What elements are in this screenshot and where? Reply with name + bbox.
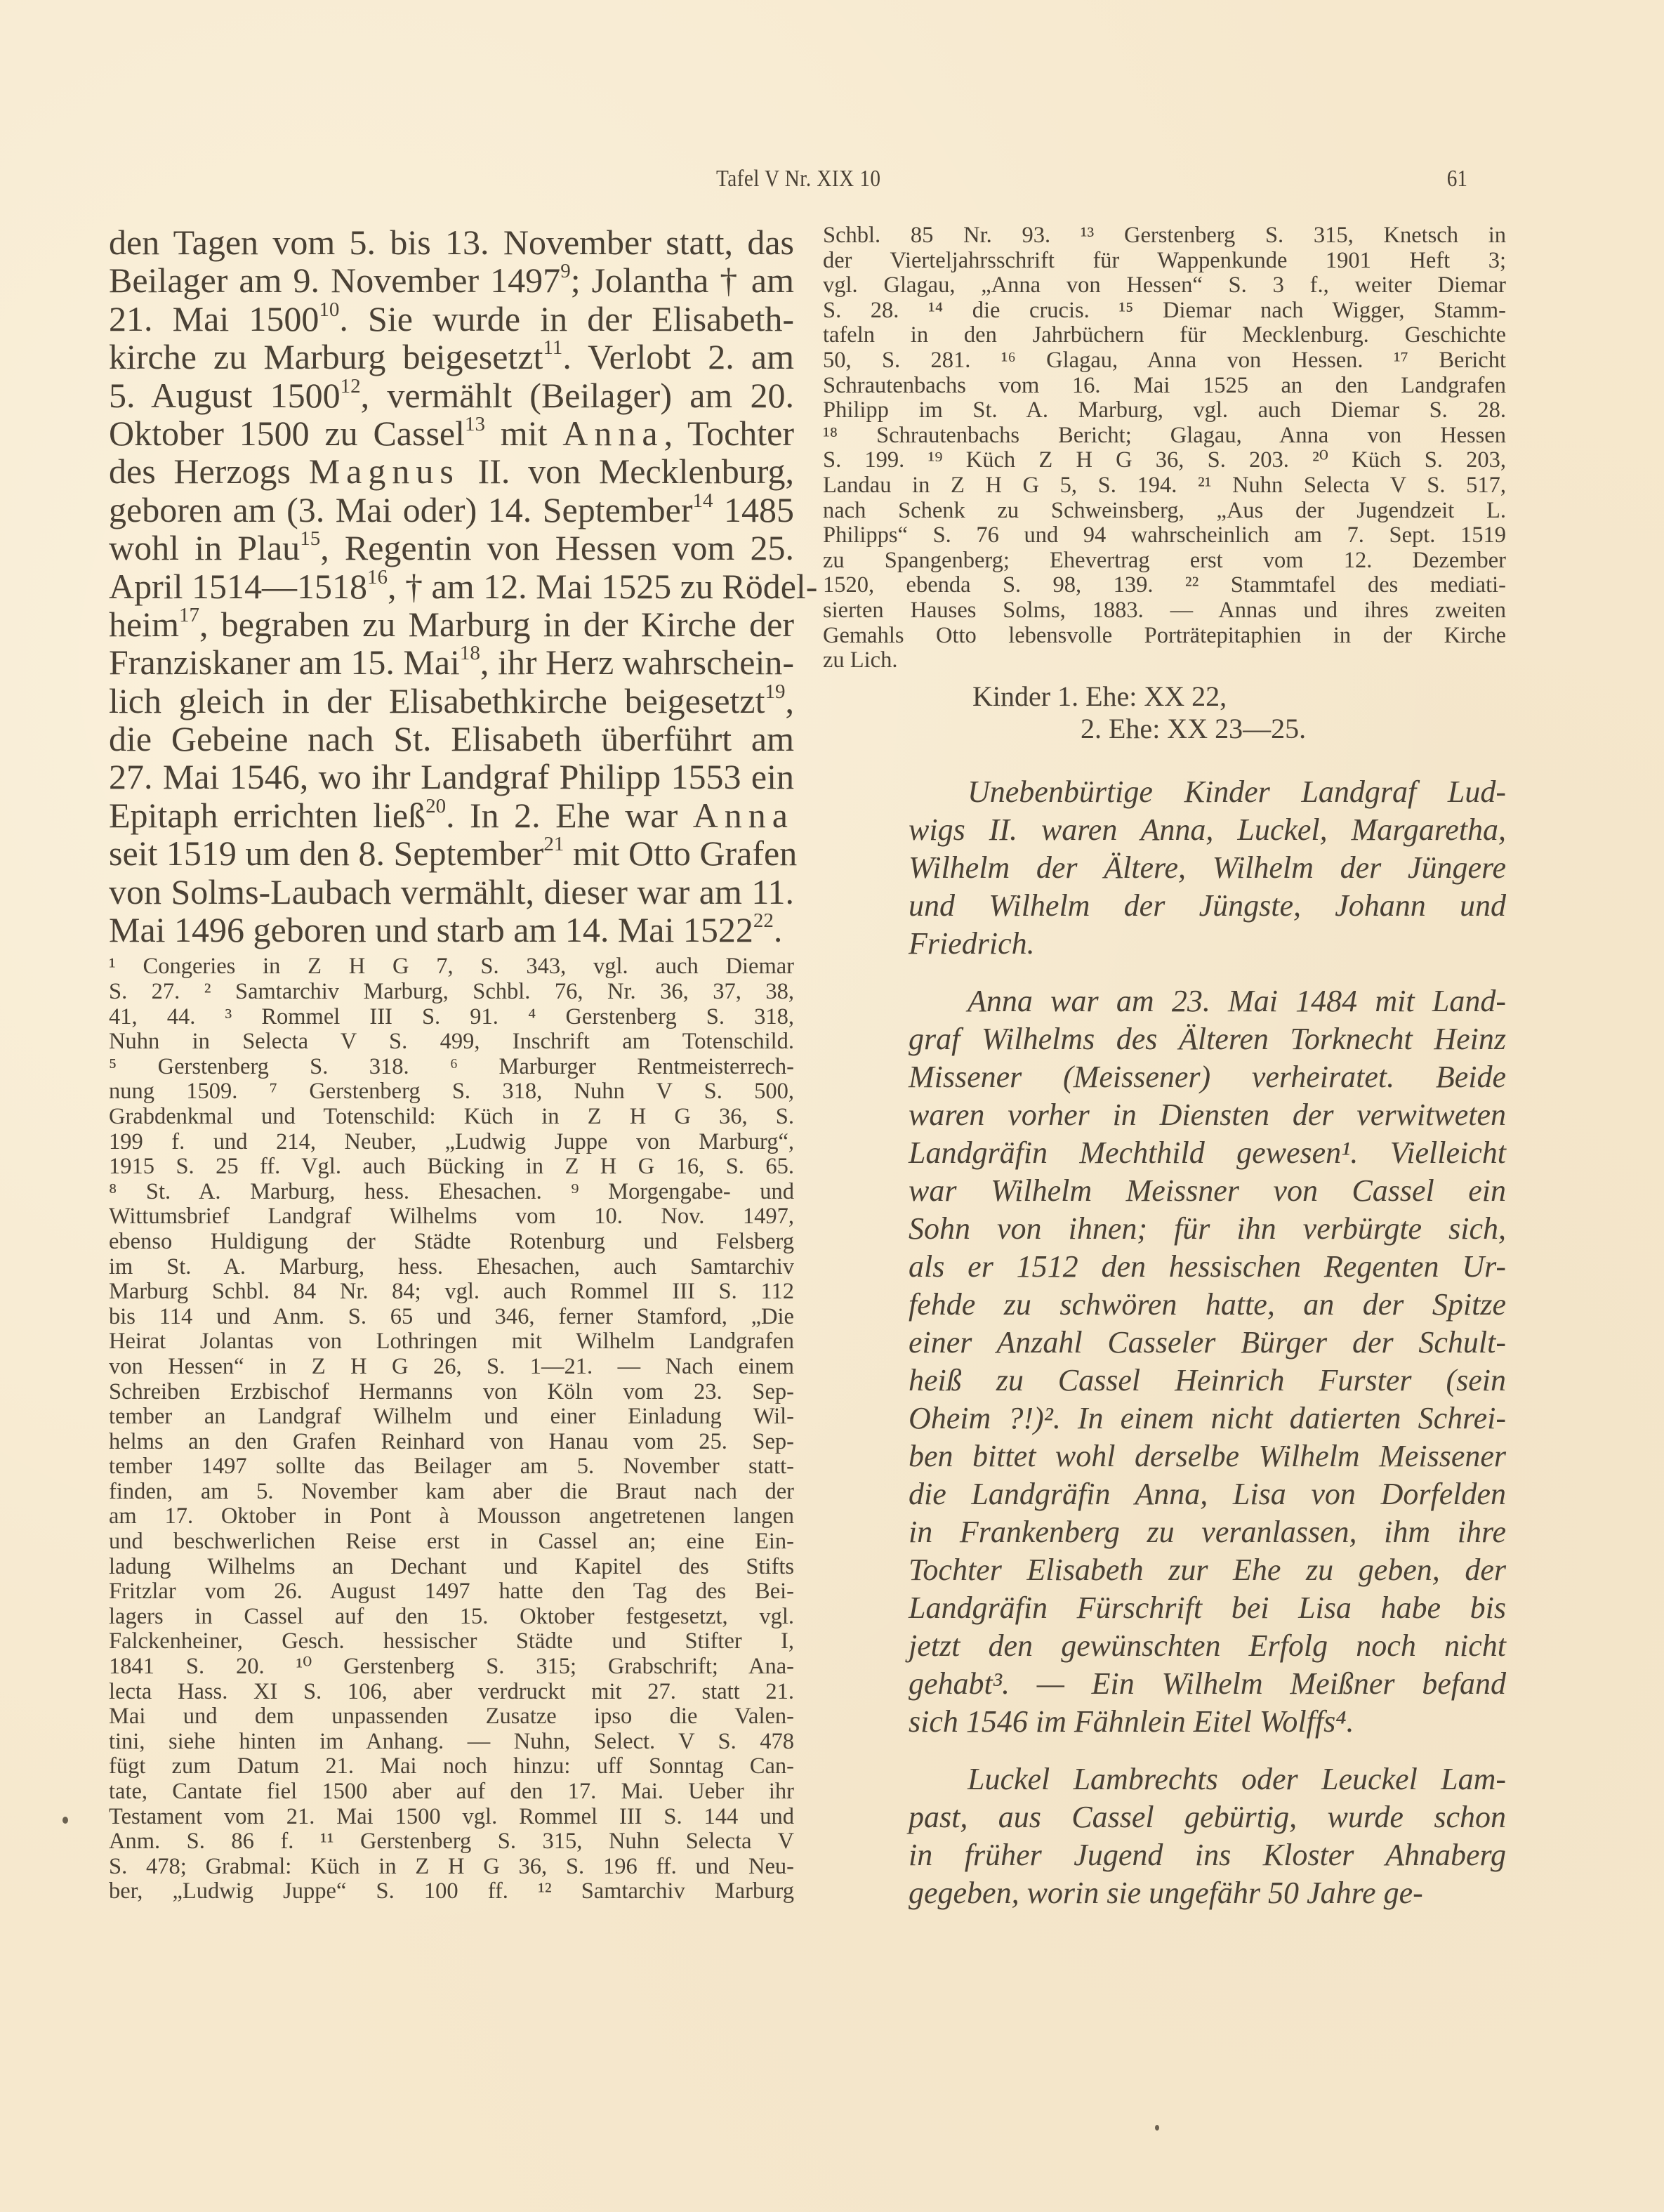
footnote-ref[interactable]: 19 xyxy=(765,680,786,703)
footnote-line: 1841 S. 20. ¹⁰ Gerstenberg S. 315; Grabs… xyxy=(109,1654,794,1680)
footnotes-right: Schbl. 85 Nr. 93. ¹³ Gerstenberg S. 315,… xyxy=(823,223,1506,673)
book-page: Tafel V Nr. XIX 10 61 den Tagen vom 5. b… xyxy=(0,0,1664,2212)
footnote-ref[interactable]: 20 xyxy=(425,795,446,817)
footnote-line: S. 27. ² Samtarchiv Marburg, Schbl. 76, … xyxy=(109,980,794,1005)
footnote-line: Marburg Schbl. 84 Nr. 84; vgl. auch Romm… xyxy=(109,1279,794,1305)
body-line: Franziskaner am 15. Mai18, ihr Herz wahr… xyxy=(109,643,794,681)
italic-paragraph: Anna war am 23. Mai 1484 mit Land-graf W… xyxy=(823,982,1506,1741)
italic-line: einer Anzahl Casseler Bürger der Schult- xyxy=(909,1324,1506,1362)
footnote-line: tini, siehe hinten im Anhang. — Nuhn, Se… xyxy=(109,1730,794,1755)
footnote-line: tafeln in den Jahrbüchern für Mecklenbur… xyxy=(823,323,1506,348)
footnote-line: Grabdenkmal und Totenschild: Küch in Z H… xyxy=(109,1105,794,1130)
children-second-marriage: 2. Ehe: XX 23—25. xyxy=(1081,713,1506,745)
ink-speck xyxy=(62,1817,68,1824)
footnote-line: ladung Wilhelms an Dechant und Kapitel d… xyxy=(109,1555,794,1580)
footnote-ref[interactable]: 9 xyxy=(560,261,571,283)
footnote-line: Schreiben Erzbischof Hermanns von Köln v… xyxy=(109,1380,794,1405)
italic-line: Anna war am 23. Mai 1484 mit Land- xyxy=(968,982,1506,1020)
footnote-line: 1520, ebenda S. 98, 139. ²² Stammtafel d… xyxy=(823,573,1506,598)
body-line: kirche zu Marburg beigesetzt11. Verlobt … xyxy=(109,338,794,376)
footnote-line: tember an Landgraf Wilhelm und einer Ein… xyxy=(109,1404,794,1430)
italic-line: als er 1512 den hessischen Regenten Ur- xyxy=(909,1248,1506,1286)
body-line: 27. Mai 1546, wo ihr Landgraf Philipp 15… xyxy=(109,758,794,796)
italic-line: Oheim ?!)². In einem nicht datierten Sch… xyxy=(909,1400,1506,1437)
italic-paragraph: Unebenbürtige Kinder Landgraf Lud-wigs I… xyxy=(823,773,1506,963)
emphasized-name: Anna xyxy=(693,796,794,835)
footnote-line: ebenso Huldigung der Städte Rotenburg un… xyxy=(109,1230,794,1255)
children-list: Kinder 1. Ehe: XX 22, 2. Ehe: XX 23—25. xyxy=(823,680,1506,745)
footnote-line: Schbl. 85 Nr. 93. ¹³ Gerstenberg S. 315,… xyxy=(823,223,1506,249)
footnote-line: S. 28. ¹⁴ die crucis. ¹⁵ Diemar nach Wig… xyxy=(823,298,1506,324)
italic-line: sich 1546 im Fähnlein Eitel Wolffs⁴. xyxy=(909,1703,1506,1741)
footnote-line: Falckenheiner, Gesch. hessischer Städte … xyxy=(109,1629,794,1654)
right-column: Schbl. 85 Nr. 93. ¹³ Gerstenberg S. 315,… xyxy=(823,223,1506,1912)
body-line: heim17, begraben zu Marburg in der Kirch… xyxy=(109,605,794,643)
italic-line: Unebenbürtige Kinder Landgraf Lud- xyxy=(968,773,1506,811)
emphasized-name: Anna xyxy=(562,414,663,453)
footnote-line: der Vierteljahrsschrift für Wappenkunde … xyxy=(823,249,1506,274)
footnote-line: Fritzlar vom 26. August 1497 hatte den T… xyxy=(109,1579,794,1605)
footnote-line: finden, am 5. November kam aber die Brau… xyxy=(109,1480,794,1505)
footnote-line: im St. A. Marburg, hess. Ehesachen, auch… xyxy=(109,1255,794,1280)
body-line: lich gleich in der Elisabethkirche beige… xyxy=(109,682,794,720)
footnote-ref[interactable]: 21 xyxy=(543,833,564,855)
italic-line: Tochter Elisabeth zur Ehe zu geben, der xyxy=(909,1551,1506,1589)
italic-line: Friedrich. xyxy=(909,925,1506,963)
body-line: die Gebeine nach St. Elisabeth überführt… xyxy=(109,720,794,758)
italic-line: Landgräfin Mechthild gewesen¹. Vielleich… xyxy=(909,1134,1506,1172)
footnote-line: Philipp im St. A. Marburg, vgl. auch Die… xyxy=(823,398,1506,423)
footnote-line: lagers in Cassel auf den 15. Oktober fes… xyxy=(109,1605,794,1630)
footnote-line: tate, Cantate fiel 1500 aber auf den 17.… xyxy=(109,1779,794,1805)
footnote-line: Nuhn in Selecta V S. 499, Inschrift am T… xyxy=(109,1029,794,1055)
footnote-ref[interactable]: 13 xyxy=(465,413,485,435)
italic-line: waren vorher in Diensten der verwitweten xyxy=(909,1096,1506,1134)
footnote-ref[interactable]: 22 xyxy=(753,909,774,932)
body-line: Mai 1496 geboren und starb am 14. Mai 15… xyxy=(109,911,794,949)
body-line: Epitaph errichten ließ20. In 2. Ehe war … xyxy=(109,796,794,834)
italic-line: war Wilhelm Meissner von Cassel ein xyxy=(909,1172,1506,1210)
italic-line: gehabt³. — Ein Wilhelm Meißner befand xyxy=(909,1665,1506,1703)
body-line: 5. August 150012, vermählt (Beilager) am… xyxy=(109,376,794,414)
body-line: Beilager am 9. November 14979; Jolantha … xyxy=(109,261,794,299)
body-line: 21. Mai 150010. Sie wurde in der Elisabe… xyxy=(109,300,794,338)
italic-line: Missener (Meissener) verheiratet. Beide xyxy=(909,1058,1506,1096)
italic-line: in früher Jugend ins Kloster Ahnaberg xyxy=(909,1836,1506,1874)
emphasized-name: Magnus xyxy=(309,452,460,491)
italic-line: wigs II. waren Anna, Luckel, Margaretha, xyxy=(909,811,1506,849)
footnote-line: helms an den Grafen Reinhard von Hanau v… xyxy=(109,1430,794,1455)
footnote-line: lecta Hass. XI S. 106, aber verdruckt mi… xyxy=(109,1680,794,1705)
footnote-line: 199 f. und 214, Neuber, „Ludwig Juppe vo… xyxy=(109,1130,794,1155)
footnote-line: von Hessen“ in Z H G 26, S. 1—21. — Nach… xyxy=(109,1355,794,1380)
footnote-line: nach Schenk zu Schweinsberg, „Aus der Ju… xyxy=(823,499,1506,524)
footnote-line: 41, 44. ³ Rommel III S. 91. ⁴ Gerstenber… xyxy=(109,1005,794,1030)
body-line: April 1514—151816, † am 12. Mai 1525 zu … xyxy=(109,567,794,605)
left-column: den Tagen vom 5. bis 13. November statt,… xyxy=(109,223,794,1904)
footnote-line: sierten Hauses Solms, 1883. — Annas und … xyxy=(823,598,1506,624)
italic-line: Luckel Lambrechts oder Leuckel Lam- xyxy=(968,1760,1506,1798)
footnote-line: Schrautenbachs vom 16. Mai 1525 an den L… xyxy=(823,374,1506,399)
footnote-line: Mai und dem unpassenden Zusatze ipso die… xyxy=(109,1704,794,1730)
footnote-line: Anm. S. 86 f. ¹¹ Gerstenberg S. 315, Nuh… xyxy=(109,1829,794,1855)
body-line: geboren am (3. Mai oder) 14. September14… xyxy=(109,491,794,529)
footnote-line: ¹⁸ Schrautenbachs Bericht; Glagau, Anna … xyxy=(823,423,1506,449)
footnote-ref[interactable]: 12 xyxy=(341,375,361,397)
ink-speck xyxy=(1155,2125,1159,2131)
footnote-line: tember 1497 sollte das Beilager am 5. No… xyxy=(109,1454,794,1480)
running-title: Tafel V Nr. XIX 10 xyxy=(716,166,880,192)
italic-paragraphs: Unebenbürtige Kinder Landgraf Lud-wigs I… xyxy=(823,773,1506,1912)
footnote-ref[interactable]: 10 xyxy=(319,298,339,321)
page-number: 61 xyxy=(1447,166,1467,192)
footnote-line: S. 478; Grabmal: Küch in Z H G 36, S. 19… xyxy=(109,1855,794,1880)
body-line: den Tagen vom 5. bis 13. November statt,… xyxy=(109,223,794,261)
footnote-line: ⁵ Gerstenberg S. 318. ⁶ Marburger Rentme… xyxy=(109,1055,794,1080)
italic-paragraph: Luckel Lambrechts oder Leuckel Lam-past,… xyxy=(823,1760,1506,1912)
footnote-line: ¹ Congeries in Z H G 7, S. 343, vgl. auc… xyxy=(109,954,794,980)
body-line: wohl in Plau15, Regentin von Hessen vom … xyxy=(109,529,794,567)
italic-line: fehde zu schwören hatte, an der Spitze xyxy=(909,1286,1506,1324)
footnote-line: S. 199. ¹⁹ Küch Z H G 36, S. 203. ²⁰ Küc… xyxy=(823,448,1506,473)
italic-line: und Wilhelm der Jüngste, Johann und xyxy=(909,887,1506,925)
body-line: von Solms-Laubach vermählt, dieser war a… xyxy=(109,873,794,911)
italic-line: ben bittet wohl derselbe Wilhelm Meissen… xyxy=(909,1437,1506,1475)
footnote-line: Gemahls Otto lebensvolle Porträtepitaphi… xyxy=(823,624,1506,649)
footnote-line: ber, „Ludwig Juppe“ S. 100 ff. ¹² Samtar… xyxy=(109,1879,794,1904)
footnote-ref[interactable]: 17 xyxy=(179,604,199,626)
italic-line: past, aus Cassel gebürtig, wurde schon xyxy=(909,1798,1506,1836)
body-line: seit 1519 um den 8. September21 mit Otto… xyxy=(109,834,794,872)
footnote-ref[interactable]: 15 xyxy=(300,527,320,550)
footnote-line: vgl. Glagau, „Anna von Hessen“ S. 3 f., … xyxy=(823,273,1506,298)
footnote-ref[interactable]: 14 xyxy=(693,489,713,512)
italic-line: gegeben, worin sie ungefähr 50 Jahre ge- xyxy=(909,1874,1506,1912)
italic-line: Sohn von ihnen; für ihn verbürgte sich, xyxy=(909,1210,1506,1248)
italic-line: die Landgräfin Anna, Lisa von Dorfelden xyxy=(909,1475,1506,1513)
footnote-line: nung 1509. ⁷ Gerstenberg S. 318, Nuhn V … xyxy=(109,1079,794,1105)
children-first-marriage: Kinder 1. Ehe: XX 22, xyxy=(972,680,1506,713)
footnote-ref[interactable]: 18 xyxy=(460,642,480,664)
footnote-ref[interactable]: 16 xyxy=(367,566,388,588)
main-text: den Tagen vom 5. bis 13. November statt,… xyxy=(109,223,794,949)
running-header: Tafel V Nr. XIX 10 61 xyxy=(716,166,1467,201)
footnote-line: Philipps“ S. 76 und 94 wahrscheinlich am… xyxy=(823,523,1506,548)
italic-line: in Frankenberg zu veranlassen, ihm ihre xyxy=(909,1513,1506,1551)
footnote-line: 1915 S. 25 ff. Vgl. auch Bücking in Z H … xyxy=(109,1154,794,1180)
footnote-line: zu Lich. xyxy=(823,648,1506,673)
footnote-line: und beschwerlichen Reise erst in Cassel … xyxy=(109,1529,794,1555)
italic-line: jetzt den gewünschten Erfolg noch nicht xyxy=(909,1627,1506,1665)
italic-line: heiß zu Cassel Heinrich Furster (sein xyxy=(909,1362,1506,1400)
footnote-line: Testament vom 21. Mai 1500 vgl. Rommel I… xyxy=(109,1805,794,1830)
footnote-ref[interactable]: 11 xyxy=(543,336,562,359)
footnote-line: am 17. Oktober in Pont à Mousson angetre… xyxy=(109,1504,794,1529)
body-line: des Herzogs Magnus II. von Mecklenburg, xyxy=(109,452,794,490)
footnote-line: zu Spangenberg; Ehevertrag erst vom 12. … xyxy=(823,548,1506,574)
footnote-line: 50, S. 281. ¹⁶ Glagau, Anna von Hessen. … xyxy=(823,348,1506,374)
italic-line: Landgräfin Fürschrift bei Lisa habe bis xyxy=(909,1589,1506,1627)
footnote-line: bis 114 und Anm. S. 65 und 346, ferner S… xyxy=(109,1305,794,1330)
footnote-line: Heirat Jolantas von Lothringen mit Wilhe… xyxy=(109,1329,794,1355)
body-line: Oktober 1500 zu Cassel13 mit Anna, Tocht… xyxy=(109,414,794,452)
italic-line: Wilhelm der Ältere, Wilhelm der Jüngere xyxy=(909,849,1506,887)
italic-line: graf Wilhelms des Älteren Torknecht Hein… xyxy=(909,1020,1506,1058)
footnote-line: ⁸ St. A. Marburg, hess. Ehesachen. ⁹ Mor… xyxy=(109,1180,794,1205)
footnote-line: Wittumsbrief Landgraf Wilhelms vom 10. N… xyxy=(109,1204,794,1230)
footnote-line: fügt zum Datum 21. Mai noch hinzu: uff S… xyxy=(109,1754,794,1779)
footnote-line: Landau in Z H G 5, S. 194. ²¹ Nuhn Selec… xyxy=(823,473,1506,499)
footnotes-left: ¹ Congeries in Z H G 7, S. 343, vgl. auc… xyxy=(109,954,794,1904)
